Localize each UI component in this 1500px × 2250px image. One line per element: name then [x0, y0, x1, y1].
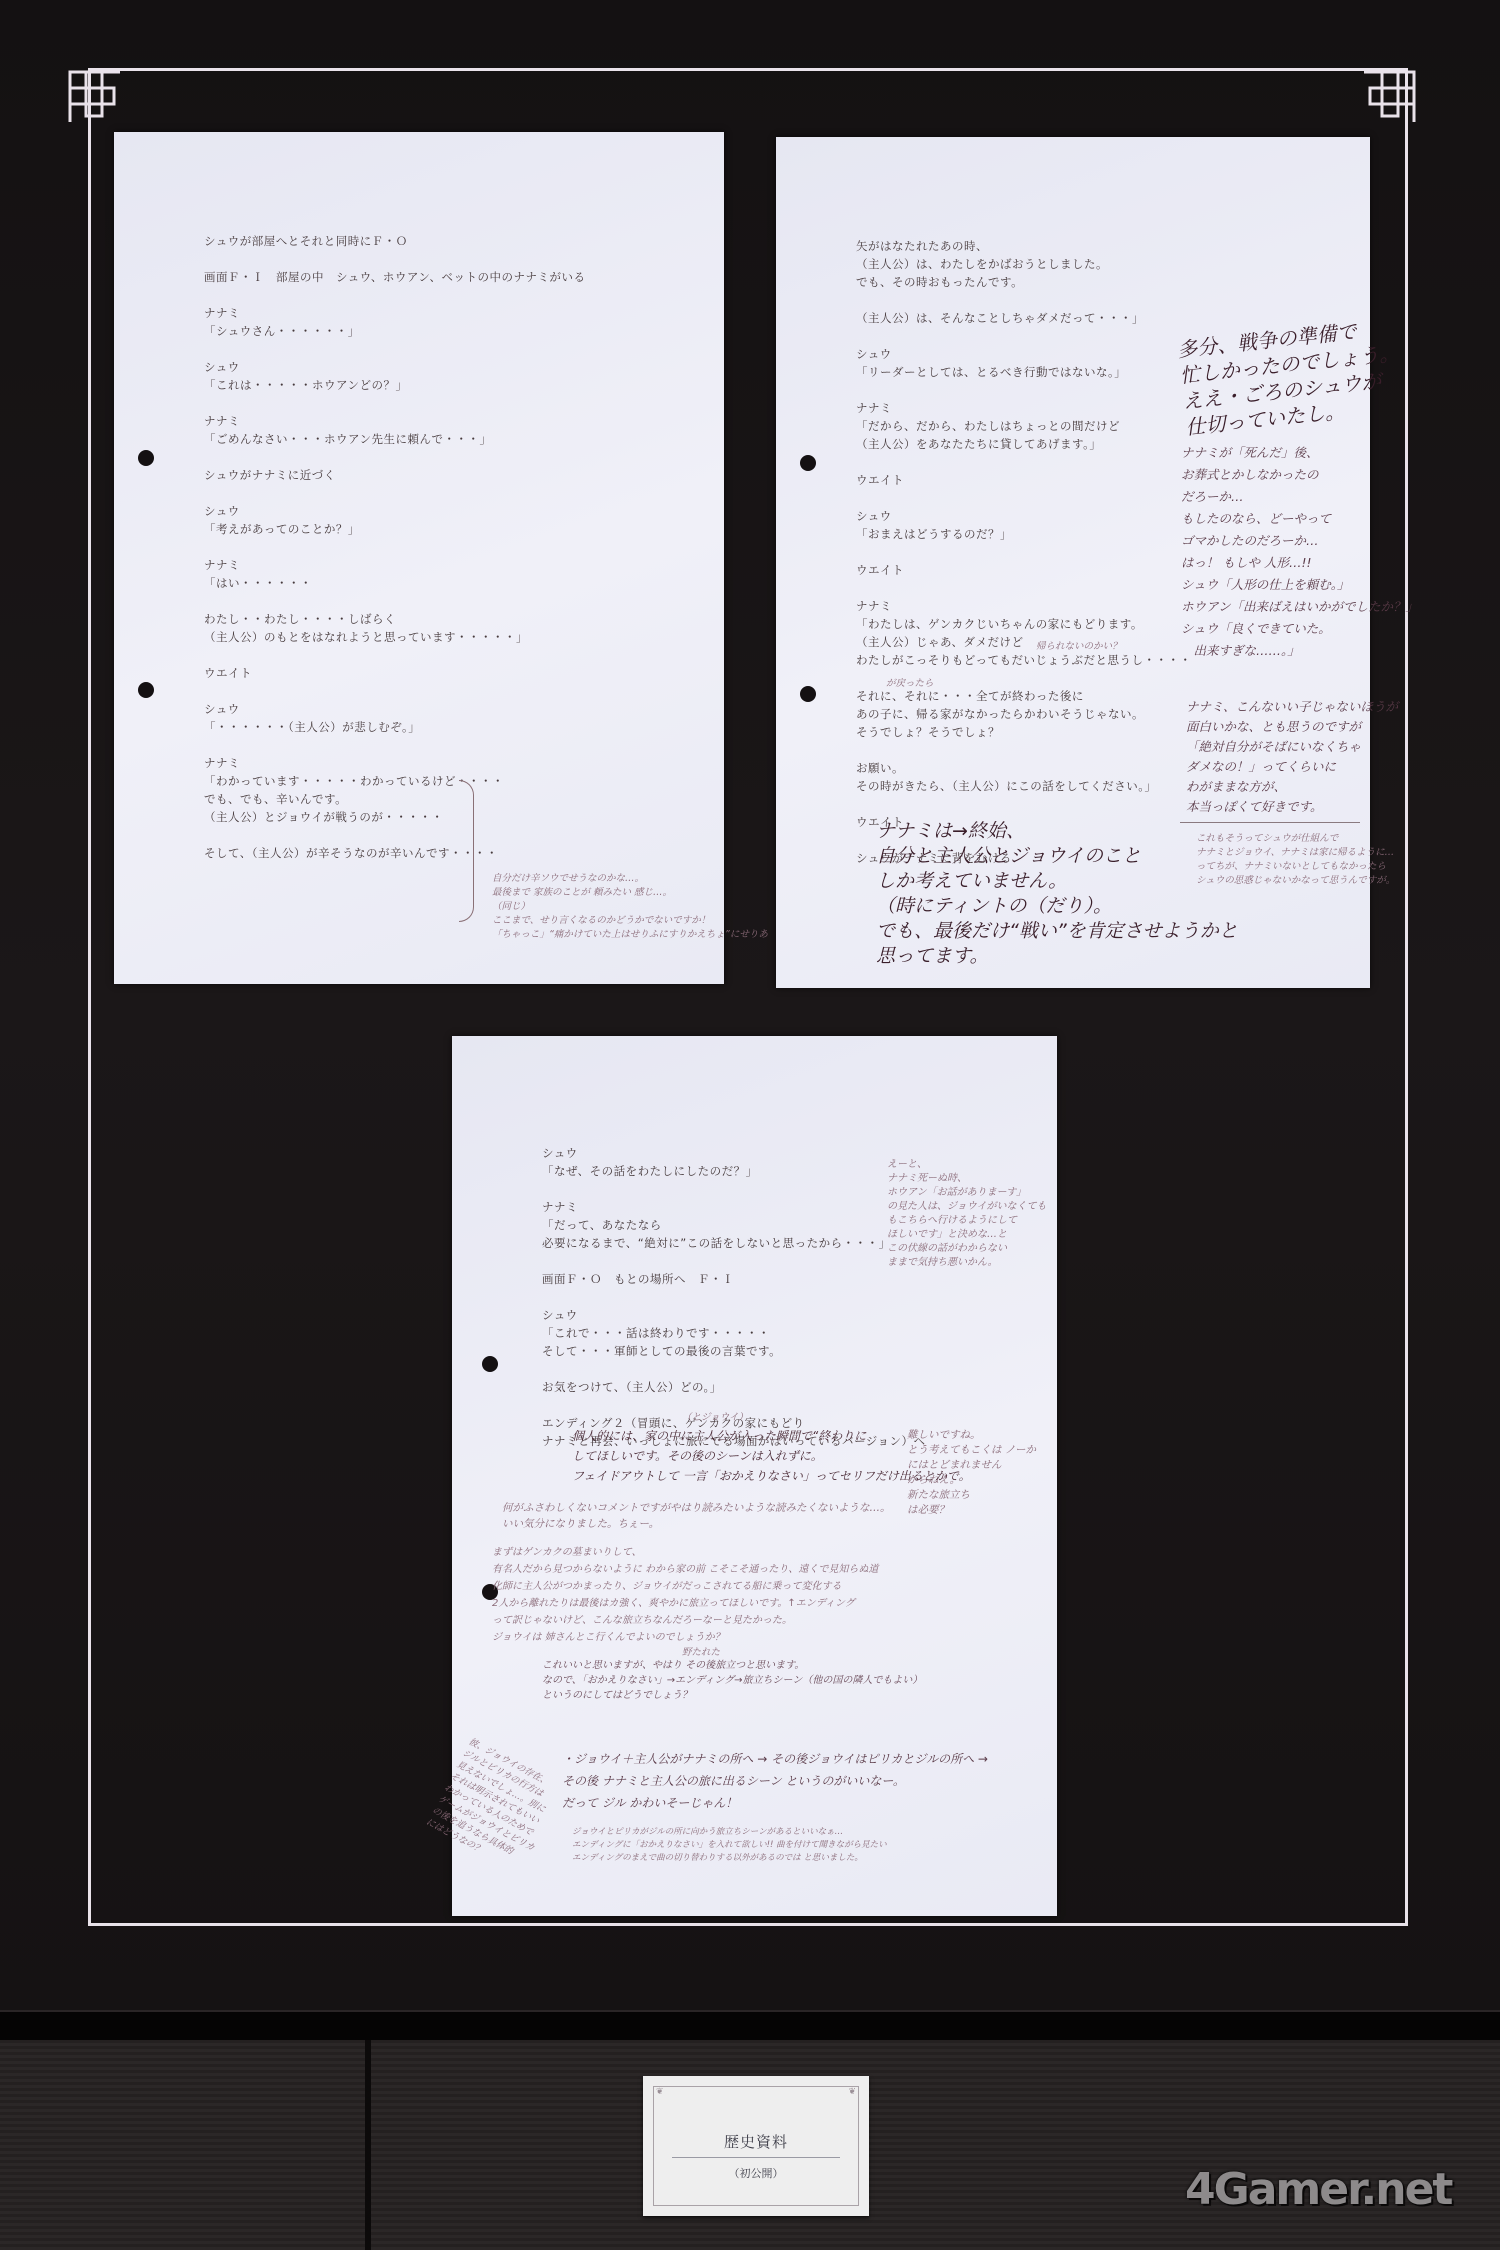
- text-line: ホウアン「お話がありまーす」: [887, 1186, 1047, 1200]
- text-line: 新たな旅立ち: [907, 1488, 1036, 1503]
- text-line: 自分と主人公とジョウイのこと: [876, 844, 1238, 869]
- carpet-seam: [365, 2040, 371, 2250]
- text-line: これいいと思いますが、やはり その後旅立つと思います。: [542, 1658, 922, 1673]
- text-line: 2人から離れたりは最後はカ強く、爽やかに旅立ってほしいです。↑エンディング: [492, 1595, 878, 1612]
- text-line: というのにしてはどうでしょう？: [542, 1688, 922, 1703]
- text-line: [204, 484, 585, 502]
- text-line: シュウが部屋へとそれと同時にＦ・Ｏ: [204, 232, 585, 250]
- text-line: ナナミは→終始、: [876, 819, 1238, 844]
- text-line: シュウ: [856, 507, 1192, 525]
- text-line: 「だから、だから、わたしはちょっとの間だけど: [856, 417, 1192, 435]
- text-line: ダメなの！」ってくらいに: [1186, 757, 1398, 777]
- text-line: （主人公）のもとをはなれようと思っています・・・・・」: [204, 628, 585, 646]
- text-line: ナナミ: [542, 1198, 926, 1216]
- text-line: [542, 1180, 926, 1198]
- typed-script: 矢がはなたれたあの時、（主人公）は、わたしをかばおうとしました。でも、その時おも…: [856, 237, 1192, 867]
- typed-script: シュウ「なぜ、その話をわたしにしたのだ？」ナナミ「だって、あなたなら必要になるま…: [542, 1144, 926, 1450]
- text-line: 「考えがあってのことか？」: [204, 520, 585, 538]
- text-line: [856, 327, 1192, 345]
- handwritten-note: 個人的には、家の中に主人公が入った瞬間で“終わりにしてほしいです。その後のシーン…: [572, 1426, 971, 1486]
- handwritten-note: ナナミ、こんないい子じゃないほうが面白いかな、とも思うのですが「絶対自分がそばに…: [1186, 697, 1398, 817]
- text-line: ジョウイは 姉さんとこ行くんでよいのでしょうか？: [492, 1629, 878, 1646]
- text-line: 「絶対自分がそばにいなくちゃ: [1186, 737, 1398, 757]
- text-line: 「おまえはどうするのだ？」: [856, 525, 1192, 543]
- text-line: （同じ）: [492, 900, 768, 914]
- text-line: エンディングに「おかえりなさい」を入れて欲しい!! 曲を付けて聞きながら見たい: [572, 1839, 887, 1852]
- text-line: 「リーダーとしては、とるべき行動ではないな。」: [856, 363, 1192, 381]
- handwritten-note: （とジョウイ）: [682, 1411, 748, 1425]
- text-line: 「わかっています・・・・・わかっているけど・・・・: [204, 772, 585, 790]
- text-line: ほしいです」と決めな…と: [887, 1228, 1047, 1242]
- text-line: 「シュウさん・・・・・・」: [204, 322, 585, 340]
- text-line: もしたのなら、どーやって: [1181, 508, 1418, 530]
- text-line: 思ってます。: [876, 944, 1238, 969]
- text-line: ウエイト: [204, 664, 585, 682]
- text-line: ゴマかしたのだろーか…: [1181, 530, 1418, 552]
- text-line: お気をつけて、（主人公）どの。」: [542, 1378, 926, 1396]
- text-line: しか考えていません。: [876, 869, 1238, 894]
- board-bottom-edge: [0, 2010, 1500, 2042]
- text-line: なので、「おかえりなさい」→エンディング→旅立ちシーン（他の国の隣人でもよい）: [542, 1673, 922, 1688]
- text-line: [204, 250, 585, 268]
- bracket-mark: [459, 780, 474, 922]
- text-line: [204, 826, 585, 844]
- text-line: この伏線の話がわからない: [887, 1242, 1047, 1256]
- punch-hole: [482, 1356, 498, 1372]
- text-line: [856, 579, 1192, 597]
- text-line: [204, 286, 585, 304]
- text-line: その後 ナナミと主人公の旅に出るシーン というのがいいなー。: [562, 1770, 988, 1792]
- text-line: ジョウイとピリカがジルの所に向かう旅立ちシーンがあるといいなぁ…: [572, 1826, 887, 1839]
- text-line: 本当っぽくて好きです。: [1186, 797, 1398, 817]
- handwritten-note: 何がふさわしくないコメントですがやはり読みたいような読みたくないような…。いい気…: [502, 1500, 891, 1532]
- text-line: お葬式とかしなかったの: [1181, 464, 1418, 486]
- text-line: [542, 1288, 926, 1306]
- text-line: 画面Ｆ・Ｉ 部屋の中 シュウ、ホウアン、ベットの中のナナミがいる: [204, 268, 585, 286]
- text-line: わたし・・わたし・・・・しばらく: [204, 610, 585, 628]
- text-line: シュウ「人形の仕上を頼む。」: [1181, 574, 1418, 596]
- text-line: （時にティントの（だり）。: [876, 894, 1238, 919]
- text-line: シュウ: [542, 1144, 926, 1162]
- handwritten-note: ジョウイとピリカがジルの所に向かう旅立ちシーンがあるといいなぁ…エンディングに「…: [572, 1826, 887, 1865]
- text-line: でも、でも、辛いんです。: [204, 790, 585, 808]
- text-line: でも、最後だけ“戦い”を肯定させようかと: [876, 919, 1238, 944]
- text-line: ナナミ: [204, 556, 585, 574]
- script-page-1: シュウが部屋へとそれと同時にＦ・Ｏ画面Ｆ・Ｉ 部屋の中 シュウ、ホウアン、ベット…: [114, 132, 724, 984]
- text-line: えーと、: [887, 1158, 1047, 1172]
- punch-hole: [800, 455, 816, 471]
- text-line: 化師に主人公がつかまったり、ジョウイがだっこされてる船に乗って変化する: [492, 1578, 878, 1595]
- caption-divider: [672, 2157, 840, 2158]
- text-line: [856, 489, 1192, 507]
- text-line: [204, 736, 585, 754]
- text-line: はっ！ もしや 人形…!!: [1181, 552, 1418, 574]
- text-line: シュウ: [856, 345, 1192, 363]
- text-line: ウエイト: [856, 471, 1192, 489]
- text-line: [204, 340, 585, 358]
- text-line: 最後まで 家族のことが 頼みたい 感じ…。: [492, 886, 768, 900]
- caption-border: ❦ ❦ 歴史資料 （初公開）: [653, 2086, 859, 2206]
- text-line: の見た人は、ジョウイがいなくても: [887, 1200, 1047, 1214]
- text-line: シュウ: [204, 700, 585, 718]
- text-line: 何がふさわしくないコメントですがやはり読みたいような読みたくないような…。: [502, 1500, 891, 1516]
- corner-flourish-icon: ❦: [848, 2087, 856, 2097]
- text-line: エンディングのまえで曲の切り替わりする以外があるのでは と思いました。: [572, 1852, 887, 1865]
- text-line: [204, 448, 585, 466]
- text-line: 「だって、あなたなら: [542, 1216, 926, 1234]
- text-line: 「なぜ、その話をわたしにしたのだ？」: [542, 1162, 926, 1180]
- text-line: ナナミ: [856, 399, 1192, 417]
- text-line: そうでしょ？そうでしょ？: [856, 723, 1192, 741]
- text-line: って訳じゃないけど、こんな旅立ちなんだろーなーと見たかった。: [492, 1612, 878, 1629]
- punch-hole: [138, 450, 154, 466]
- text-line: （主人公）は、わたしをかばおうとしました。: [856, 255, 1192, 273]
- text-line: してほしいです。その後のシーンは入れずに。: [572, 1446, 971, 1466]
- text-line: [856, 381, 1192, 399]
- caption-title: 歴史資料: [654, 2131, 858, 2152]
- text-line: ままで気持ち悪いかん。: [887, 1256, 1047, 1270]
- inline-note: が戻ったら: [886, 677, 934, 691]
- text-line: ナナミ、こんないい子じゃないほうが: [1186, 697, 1398, 717]
- text-line: ナナミ: [204, 412, 585, 430]
- handwritten-note: まずはゲンカクの墓まいりして、有名人だから見つからないように わから家の前 こそ…: [492, 1544, 878, 1646]
- text-line: シュウ: [542, 1306, 926, 1324]
- text-line: [856, 291, 1192, 309]
- text-line: [204, 592, 585, 610]
- text-line: 「ごめんなさい・・・ホウアン先生に頼んで・・・」: [204, 430, 585, 448]
- typed-script: シュウが部屋へとそれと同時にＦ・Ｏ画面Ｆ・Ｉ 部屋の中 シュウ、ホウアン、ベット…: [204, 232, 585, 862]
- text-line: [856, 453, 1192, 471]
- text-line: ここまで、せり言くなるのかどうかでないですか！: [492, 914, 768, 928]
- text-line: [542, 1252, 926, 1270]
- text-line: 有名人だから見つからないように わから家の前 こそこそ通ったり、遠くで見知らぬ道: [492, 1561, 878, 1578]
- text-line: [204, 682, 585, 700]
- handwritten-note: ナナミが「死んだ」後、お葬式とかしなかったのだろーか…もしたのなら、どーやってゴ…: [1181, 442, 1418, 662]
- text-line: ナナミ死ーぬ時、: [887, 1172, 1047, 1186]
- script-page-3: シュウ「なぜ、その話をわたしにしたのだ？」ナナミ「だって、あなたなら必要になるま…: [452, 1036, 1057, 1916]
- inline-note: 帰られないのかい？: [1036, 640, 1122, 654]
- text-line: ・ジョウイ＋主人公がナナミの所へ → その後ジョウイはピリカとジルの所へ →: [562, 1748, 988, 1770]
- text-line: （主人公）とジョウイが戦うのが・・・・・: [204, 808, 585, 826]
- text-line: その時がきたら、（主人公）にこの話をしてください。」: [856, 777, 1192, 795]
- text-line: だろーか…: [1181, 486, 1418, 508]
- handwritten-note: 自分だけ辛ソウでせうなのかな…。最後まで 家族のことが 頼みたい 感じ…。（同じ…: [492, 872, 768, 942]
- text-line: （主人公）をあなたたちに貸してあげます。」: [856, 435, 1192, 453]
- text-line: [542, 1360, 926, 1378]
- text-line: 面白いかな、とも思うのですが: [1186, 717, 1398, 737]
- text-line: フェイドアウトして 一言「おかえりなさい」ってセリフだけ出るとかで。: [572, 1466, 971, 1486]
- caption-subtitle: （初公開）: [654, 2165, 858, 2181]
- text-line: あの子に、帰る家がなかったらかわいそうじゃない。: [856, 705, 1192, 723]
- text-line: シュウがナナミに近づく: [204, 466, 585, 484]
- corner-ornament-icon: [64, 66, 120, 122]
- text-line: （主人公）じゃあ、ダメだけど: [856, 633, 1192, 651]
- text-line: 「ちゃっこ」“痛かけていた上はせりふにすりかえちょ”にせりあ: [492, 928, 768, 942]
- text-line: でも、その時おもったんです。: [856, 273, 1192, 291]
- script-page-2: 矢がはなたれたあの時、（主人公）は、わたしをかばおうとしました。でも、その時おも…: [776, 137, 1370, 988]
- text-line: 「これは・・・・・ホウアンどの？」: [204, 376, 585, 394]
- text-line: まずはゲンカクの墓まいりして、: [492, 1544, 878, 1561]
- text-line: わがままな方が、: [1186, 777, 1398, 797]
- handwritten-note: ナナミは→終始、自分と主人公とジョウイのことしか考えていません。（時にティントの…: [876, 819, 1238, 969]
- text-line: は必要？: [907, 1503, 1036, 1518]
- corner-flourish-icon: ❦: [656, 2087, 664, 2097]
- punch-hole: [800, 686, 816, 702]
- text-line: もこちらへ行けるようにして: [887, 1214, 1047, 1228]
- text-line: 画面Ｆ・Ｏ もとの場所へ Ｆ・Ｉ: [542, 1270, 926, 1288]
- text-line: わたしがこっそりもどってもだいじょうぶだと思うし・・・・: [856, 651, 1192, 669]
- text-line: シュウ: [204, 502, 585, 520]
- text-line: 自分だけ辛ソウでせうなのかな…。: [492, 872, 768, 886]
- punch-hole: [138, 682, 154, 698]
- handwritten-note: えーと、ナナミ死ーぬ時、ホウアン「お話がありまーす」の見た人は、ジョウイがいなく…: [887, 1158, 1047, 1270]
- text-line: 「はい・・・・・・: [204, 574, 585, 592]
- text-line: ホウアン「出来ばえはいかがでしたか？」: [1181, 596, 1418, 618]
- text-line: お願い。: [856, 759, 1192, 777]
- text-line: [856, 543, 1192, 561]
- text-line: （主人公）は、そんなことしちゃダメだって・・・」: [856, 309, 1192, 327]
- text-line: だって ジル かわいそーじゃん！: [562, 1792, 988, 1814]
- corner-ornament-icon: [1364, 66, 1420, 122]
- handwritten-note: ・ジョウイ＋主人公がナナミの所へ → その後ジョウイはピリカとジルの所へ →その…: [562, 1748, 988, 1814]
- text-line: ナナミ: [856, 597, 1192, 615]
- watermark-logo: 4Gamer.net: [1185, 2164, 1451, 2215]
- exhibit-caption-card: ❦ ❦ 歴史資料 （初公開）: [643, 2076, 869, 2216]
- text-line: ナナミ: [204, 304, 585, 322]
- text-line: [856, 741, 1192, 759]
- text-line: [856, 795, 1192, 813]
- text-line: ナナミ: [204, 754, 585, 772]
- text-line: [204, 394, 585, 412]
- text-line: 「これで・・・話は終わりです・・・・・: [542, 1324, 926, 1342]
- text-line: ナナミが「死んだ」後、: [1181, 442, 1418, 464]
- text-line: [204, 538, 585, 556]
- text-line: 出来すぎな……。」: [1181, 640, 1418, 662]
- text-line: 「わたしは、ゲンカクじいちゃんの家にもどります。: [856, 615, 1192, 633]
- text-line: シュウ: [204, 358, 585, 376]
- handwritten-note: これいいと思いますが、やはり その後旅立つと思います。なので、「おかえりなさい」…: [542, 1658, 922, 1703]
- text-line: 「・・・・・・（主人公）が悲しむぞ。」: [204, 718, 585, 736]
- text-line: シュウ「良くできていた。: [1181, 618, 1418, 640]
- text-line: 個人的には、家の中に主人公が入った瞬間で“終わりに: [572, 1426, 971, 1446]
- text-line: いい気分になりました。ちぇー。: [502, 1516, 891, 1532]
- text-line: そして・・・軍師としての最後の言葉です。: [542, 1342, 926, 1360]
- text-line: [204, 646, 585, 664]
- text-line: ウエイト: [856, 561, 1192, 579]
- text-line: 必要になるまで、“絶対に”この話をしないと思ったから・・・」: [542, 1234, 926, 1252]
- text-line: 矢がはなたれたあの時、: [856, 237, 1192, 255]
- text-line: そして、（主人公）が辛そうなのが辛いんです・・・・: [204, 844, 585, 862]
